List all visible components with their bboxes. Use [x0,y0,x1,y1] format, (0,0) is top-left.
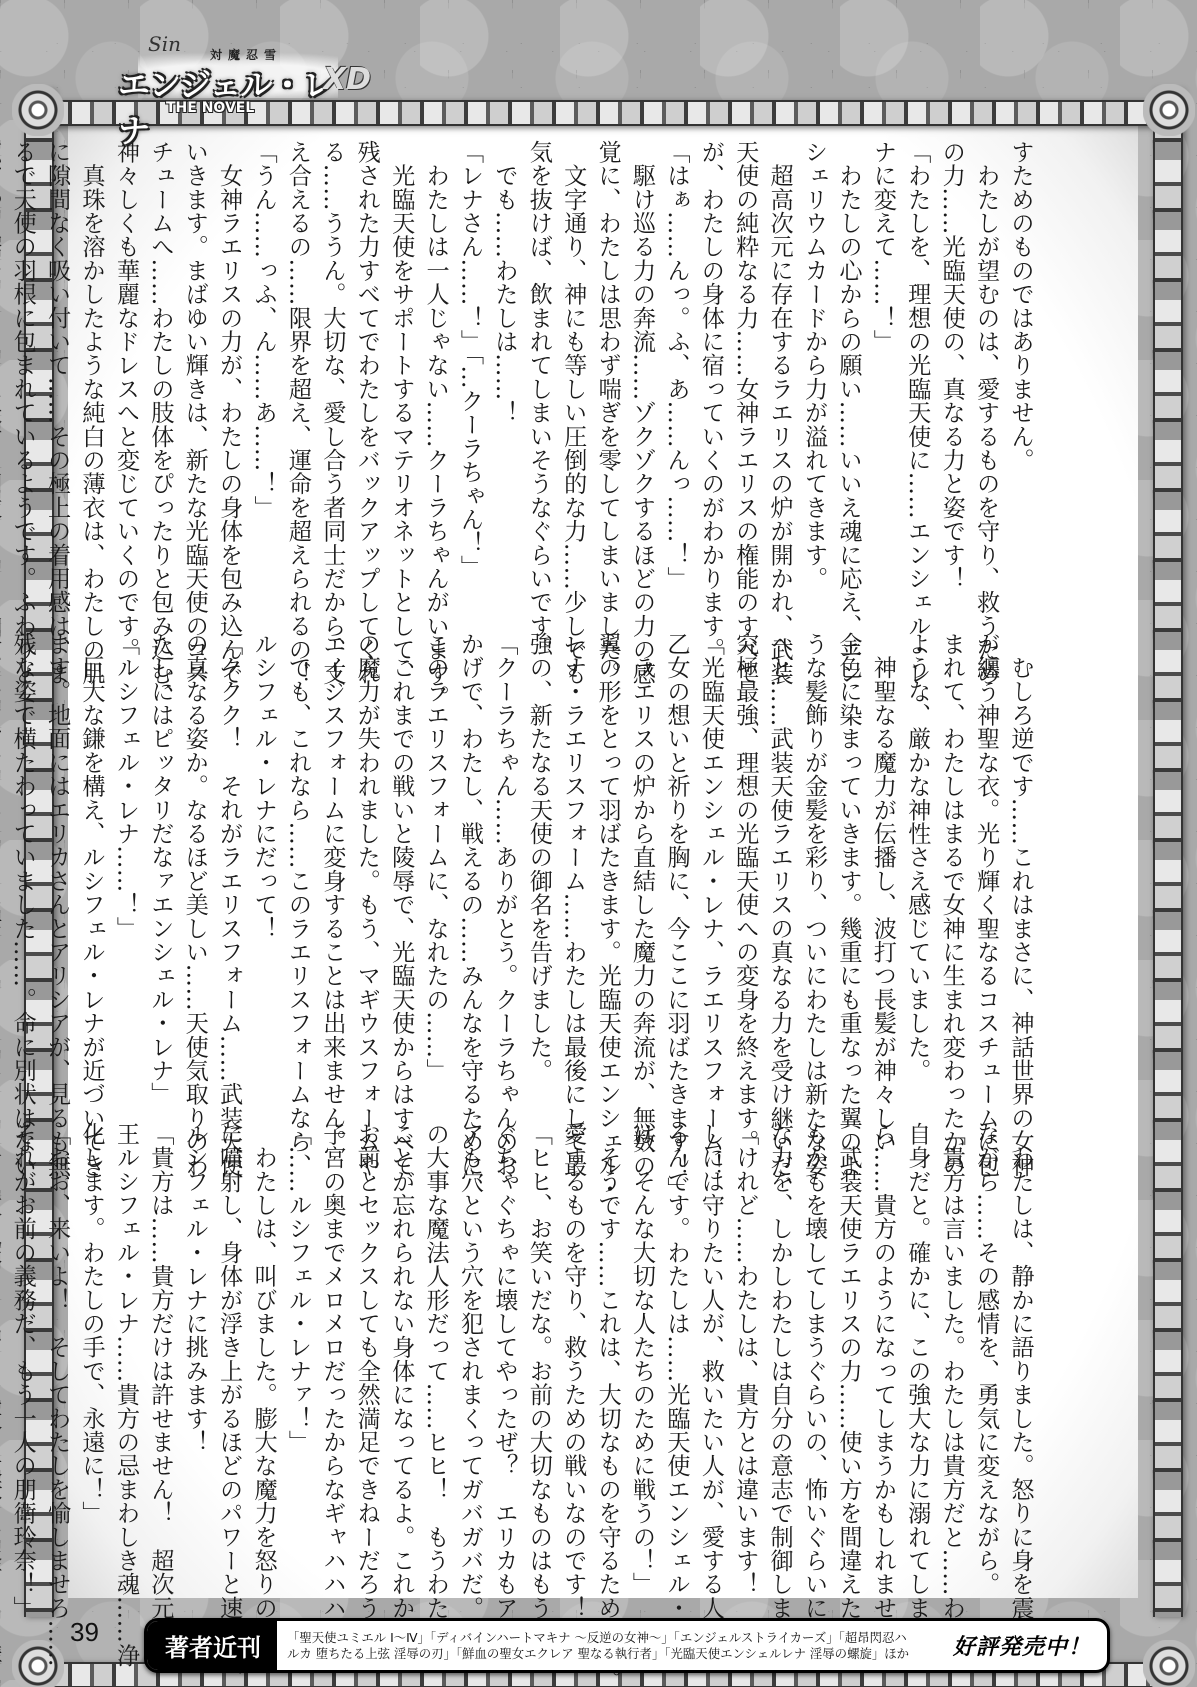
on-sale-callout: 好評発売中！ [953,1630,1107,1661]
text-column: わたしが望むのは、愛するものを守り、救うため [968,140,1002,610]
text-column: るんです。わたしは……光臨天使エンシェル・レナ [659,1122,693,1592]
text-column: 「おお、来いよ！ そしてわたしを愉しませろ…… [39,1122,73,1592]
text-column: すためのものではありません。 [1003,140,1037,610]
text-column: へと……武装天使ラエリスの真なる力を受け継いだ、 [762,632,796,1102]
logo-prefix: Sin [148,32,181,56]
text-column: 残された力すべてでわたしをバックアップしてくれ [349,140,383,610]
text-column: 愛するものを守り、救うための戦いなのです！ [555,1122,589,1592]
series-logo: Sin 対魔忍雪 エンジェル・レナ XD THE NOVEL [118,28,358,123]
text-column: かげで、わたし、戦えるの……みんなを守るために、 [452,632,486,1102]
text-column: 天使の純粋なる力……女神ラエリスの権能のすべて [727,140,761,610]
text-column: ラエリスの炉から直結した魔力の奔流が、無数の [624,632,658,1102]
text-column: 王ルシフェル・レナ……貴方の忌まわしき魂……浄 [108,1122,142,1592]
text-column: まれて、わたしはまるで女神に生まれ変わったかの [934,632,968,1102]
text-column: 「レナさん……！」「…クーラちゃん！」 [452,140,486,610]
text-column: わたしは一人じゃない……クーラちゃんがいます。 [418,140,452,610]
text-column: は、そんな大切な人たちのために戦うの！」 [624,1122,658,1592]
text-column: の真なる姿か。なるほど美しい……天使気取りのわ [177,632,211,1102]
text-column: うな髪飾りが金髪を彩り、ついにわたしは新たな姿 [796,632,830,1102]
text-column: え合えるの……限界を超え、運命を超えられるの！ [280,140,314,610]
text-column: ルシフェル・レナにだって！ [246,632,280,1102]
text-column: 「けれど……わたしは、貴方とは違います！ わた [727,1122,761,1592]
text-column: ら……貴方のようになってしまうかもしれません」 [865,1122,899,1592]
text-column: 女神ラエリスの力が、わたしの身体を包み込んで [211,140,245,610]
text-column: 身の丈を超えるほどに巨大な大鎌を、軽々しく構 [0,1122,5,1592]
text-column: それがお前の義務だ、もう一人の朋衛玲奈！」 [5,1122,39,1592]
text-column: 「貴方は……貴方だけは許せません！ 超次元の魔 [142,1122,176,1592]
text-column: 神聖なる魔力が伝播し、波打つ長髪が神々しい [865,632,899,1102]
text-column: ような、厳かな神性さえ感じていました。 [899,632,933,1102]
text-column: ことが忘れられない身体になってるよ。これからは [383,1122,417,1592]
text-column: チュームへ……わたしの肢体をぴったりと包み込む、 [142,140,176,610]
text-column: 「わたしを、理想の光臨天使に……エンシェル・レ [899,140,933,610]
text-column: ようですが、こんなにまで痛めつけるなんて……！ [0,632,5,1102]
text-column: 武装天使ラエリスの力……使い方を間違えたら何 [831,1122,865,1592]
text-column: でも……わたしは……！ [487,140,521,610]
ornament-corner-bottom-right [1143,1640,1195,1687]
text-column: わたしの心からの願い……いいえ魂に応え、エン [831,140,865,610]
ornate-border-right [1153,90,1183,1617]
text-column: 「ククク！ それがラエリスフォーム……武装天使 [211,632,245,1102]
text-column: ナに変えて……！」 [865,140,899,610]
text-column: 「うん……っふ、ん……あ……！」 [246,140,280,610]
text-column: に噴射し、身体が浮き上がるほどのパワーと速度で、 [211,1122,245,1592]
text-column: 翼の形をとって羽ばたきます。光臨天使エンシェル・ [590,632,624,1102]
text-column: ぐちゃぐちゃに壊してやったぜ？ エリカもアリシ [487,1122,521,1592]
text-column: ます。地面にはエリカさんとアリシアが、見るも無 [39,632,73,1102]
text-column: 神々しくも華麗なドレスへと変じていくのです。 [108,140,142,610]
text-column: の力……光臨天使の、真なる力と姿です！ [934,140,968,610]
text-column: 残な姿で横たわっていました……。命に別状はない [5,632,39,1102]
text-tier-top: すためのものではありません。 わたしが望むのは、愛するものを守り、救うため の力… [97,140,1037,610]
text-column: 金色に染まっていきます。幾重にも重なった翼のよ [831,632,865,1102]
text-column: 究極最強、理想の光臨天使への変身を終えます。 [727,632,761,1102]
page-number: 39 [70,1617,99,1648]
text-column: もかもを壊してしまうぐらいの、怖いぐらいに強大 [796,1122,830,1592]
banner-label: 著者近刊 [147,1621,277,1670]
text-column: お前とセックスしても全然満足できねーだろうなぁ、 [349,1122,383,1592]
text-column: 巨大な鎌を構え、ルシフェル・レナが近づいてき [74,632,108,1102]
text-column: むしろ逆です……これはまさに、神話世界の女神 [1003,632,1037,1102]
text-column: 超高次元に存在するラエリスの炉が開かれ、武装 [762,140,796,610]
text-column: このラエリスフォームに、なれたの……」 [418,632,452,1102]
ornament-corner-top-right [1143,84,1195,136]
text-column: な力を、しかしわたしは自分の意志で制御します。 [762,1122,796,1592]
text-column: でも、これなら……このラエリスフォームなら、 [280,632,314,1102]
text-column: の魔力が失われました。もう、マギウスフォームや [349,632,383,1102]
text-column: 乙女の想いと祈りを胸に、今ここに羽ばたきます！」 [659,632,693,1102]
text-column: 「ヒヒ、お笑いだな。お前の大切なものはもう全部 [521,1122,555,1592]
text-column: 光臨天使をサポートするマテリオネットとして、 [383,140,417,610]
text-column: 「クーラちゃん……ありがとう。クーラちゃんのお [487,632,521,1102]
logo-tagline: THE NOVEL [166,100,254,116]
text-column: エイジスフォームに変身することは出来ません。 [314,632,348,1102]
text-column: 「……ルシフェル・レナァ！」 [280,1122,314,1592]
text-column: の大事な魔法人形だって……ヒヒ！ もうわたしの [418,1122,452,1592]
text-column: わたしは、叫びました。膨大な魔力を怒りのまま [246,1122,280,1592]
text-column: ながら……その感情を、勇気に変えながら。 [968,1122,1002,1592]
text-column: 文字通り、神にも等しい圧倒的な力……少しでも [555,140,589,610]
text-column: る……ううん。大切な、愛し合う者同士だから、支 [314,140,348,610]
text-column: わたしは、静かに語りました。怒りに身を震わせ [1003,1122,1037,1592]
text-column: 真珠を溶かしたような純白の薄衣は、わたしの肌 [74,140,108,610]
text-column: そうです……これは、大切なものを守るための力。 [590,1122,624,1592]
text-column: シェリウムカードから力が溢れてきます。 [796,140,830,610]
text-column: 「ルシフェル・レナ……！」 [108,632,142,1102]
text-column: が、わたしの身体に宿っていくのがわかります。 [693,140,727,610]
text-column: 「貴方は言いました。わたしは貴方だと……わたし [934,1122,968,1592]
text-column: しには守りたい人が、救いたい人が、愛する人がい [693,1122,727,1592]
text-column: 化します。わたしの手で、永遠に！」 [74,1122,108,1592]
text-column: 「はぁ……んっ。ふ、あ……んっ……！」 [659,140,693,610]
text-column: 覚に、わたしは思わず喘ぎを零してしまいました。 [590,140,624,610]
text-column: 強の、新たなる天使の御名を告げました。 [521,632,555,1102]
text-column: 駆け巡る力の奔流……ゾクゾクするほどの力の感 [624,140,658,610]
text-column: 広がった裾やスカートは天女の羽衣のように幽玄で、 [0,140,5,610]
text-column: 「光臨天使エンシェル・レナ、ラエリスフォーム！ [693,632,727,1102]
text-column: たしにはピッタリだなァエンシェル・レナ」 [142,632,176,1102]
text-column: 気を抜けば、飲まれてしまいそうなぐらいです。 [521,140,555,610]
recent-titles-list: 「聖天使ユミエル Ⅰ～Ⅳ」「ディバインハートマキナ ～反逆の女神～」「エンジェル… [277,1630,953,1662]
recent-titles-line-1: 「聖天使ユミエル Ⅰ～Ⅳ」「ディバインハートマキナ ～反逆の女神～」「エンジェル… [287,1630,943,1646]
text-column: レナ・ラエリスフォーム……わたしは最後にして最 [555,632,589,1102]
logo-suffix: XD [323,62,371,97]
recent-titles-line-2: ルカ 堕ちたる上弦 淫辱の刃」「鮮血の聖女エクレア 聖なる執行者」「光臨天使エン… [287,1646,943,1662]
text-column: 子宮の奥までメロメロだったからなギャハハハ！」 [314,1122,348,1592]
ornament-corner-top-left [12,84,64,136]
text-column: アも穴という穴を犯されまくってガバガバだ。お前 [452,1122,486,1592]
text-column: ルシフェル・レナに挑みます！ [177,1122,211,1592]
author-recent-works-banner: 著者近刊 「聖天使ユミエル Ⅰ～Ⅳ」「ディバインハートマキナ ～反逆の女神～」「… [144,1618,1110,1673]
text-column: が纏う神聖な衣。光り輝く聖なるコスチュームに包 [968,632,1002,1102]
text-tier-bottom: わたしは、静かに語りました。怒りに身を震わせ ながら……その感情を、勇気に変えな… [97,1122,1037,1592]
text-column: に隙間なく吸い付いて……その極上の着用感は、ま [39,140,73,610]
text-tier-middle: むしろ逆です……これはまさに、神話世界の女神 が纏う神聖な衣。光り輝く聖なるコス… [97,632,1037,1102]
text-column: いきます。まばゆい輝きは、新たな光臨天使のコス [177,140,211,610]
text-column: 自身だと。確かに、この強大な力に溺れてしまった [899,1122,933,1592]
text-column: るで天使の羽根に包まれているようです。ふわりと [5,140,39,610]
text-column: これまでの戦いと陵辱で、光臨天使からはすべて [383,632,417,1102]
